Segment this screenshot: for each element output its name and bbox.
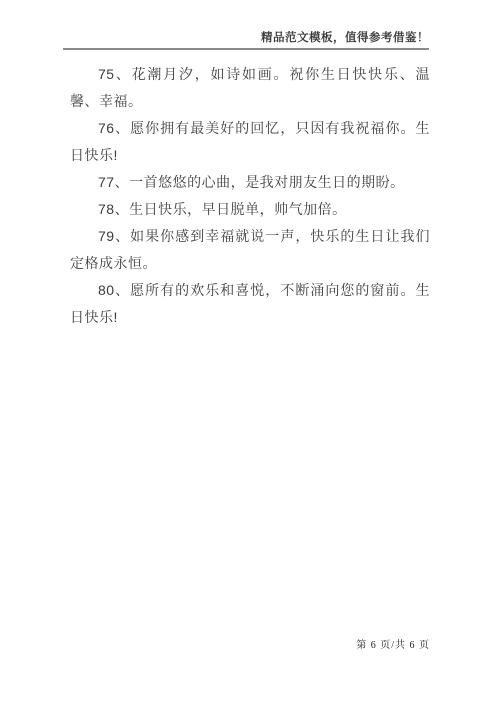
- document-body: 75、花潮月汐，如诗如画。祝你生日快快乐、温馨、幸福。 76、愿你拥有最美好的回…: [70, 50, 430, 331]
- header-text: 精品范文模板，值得参考借鉴！: [261, 29, 429, 45]
- page-header: 精品范文模板，值得参考借鉴！: [63, 0, 429, 50]
- list-item: 79、如果你感到幸福就说一声，快乐的生日让我们定格成永恒。: [70, 223, 430, 277]
- list-item: 76、愿你拥有最美好的回忆，只因有我祝福你。生日快乐!: [70, 115, 430, 169]
- list-item: 80、愿所有的欢乐和喜悦，不断涌向您的窗前。生日快乐!: [70, 277, 430, 331]
- list-item: 77、一首悠悠的心曲，是我对朋友生日的期盼。: [70, 169, 430, 196]
- list-item: 78、生日快乐，早日脱单，帅气加倍。: [70, 196, 430, 223]
- document-page: 精品范文模板，值得参考借鉴！ 75、花潮月汐，如诗如画。祝你生日快快乐、温馨、幸…: [0, 0, 500, 707]
- list-item: 75、花潮月汐，如诗如画。祝你生日快快乐、温馨、幸福。: [70, 61, 430, 115]
- page-number: 第 6 页/共 6 页: [356, 640, 430, 651]
- page-footer: 第 6 页/共 6 页: [356, 636, 430, 651]
